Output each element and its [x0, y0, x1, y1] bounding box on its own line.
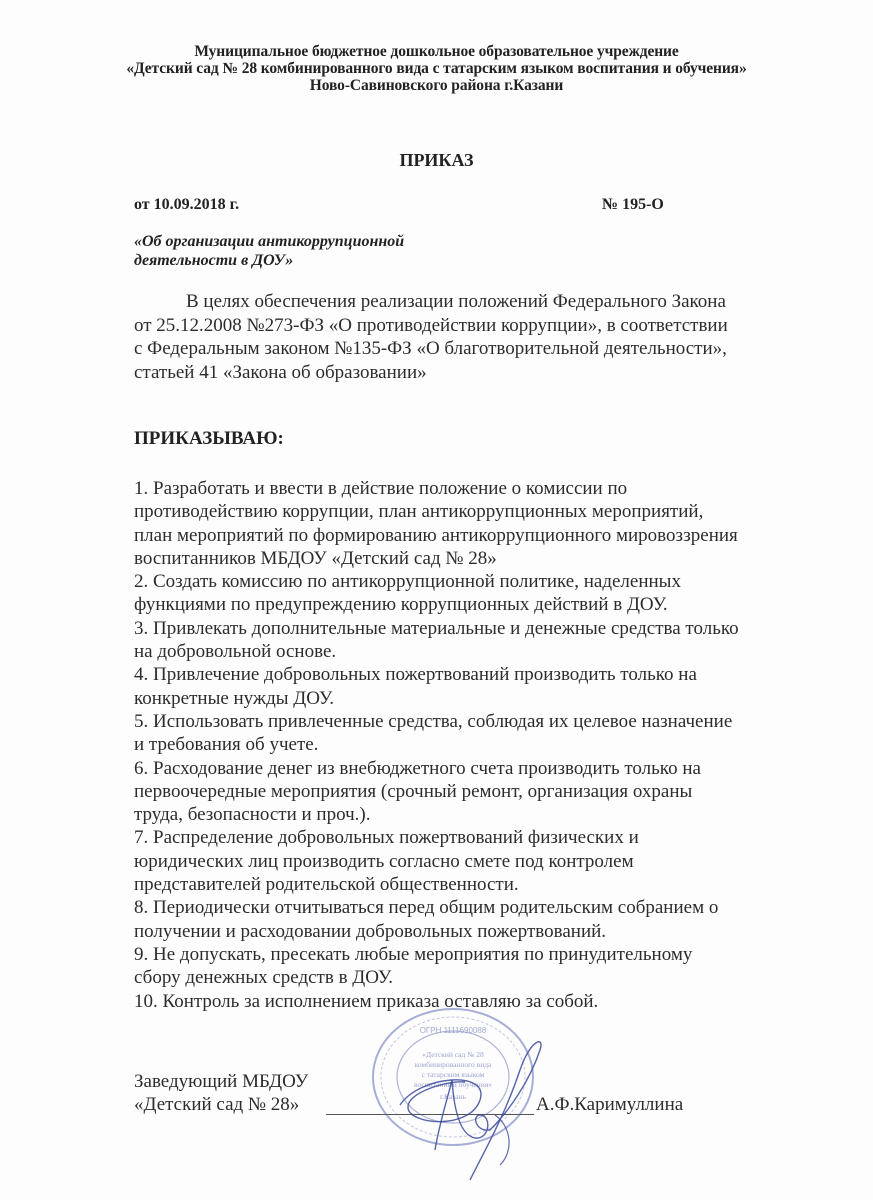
order-items: 1. Разработать и ввести в действие полож…	[134, 477, 784, 1013]
item-line: и требования об учете.	[134, 733, 784, 756]
order-number: № 195-О	[602, 196, 664, 214]
document-page: Муниципальное бюджетное дошкольное образ…	[0, 0, 873, 1200]
preamble: В целях обеспечения реализации положений…	[134, 290, 774, 384]
item-line: сбору денежных средств в ДОУ.	[134, 966, 784, 989]
item-line: юридических лиц производить согласно сме…	[134, 850, 784, 873]
item-line: первоочередные мероприятия (срочный ремо…	[134, 780, 784, 803]
item-line: 9. Не допускать, пресекать любые меропри…	[134, 943, 784, 966]
preamble-line: от 25.12.2008 №273-ФЗ «О противодействии…	[134, 314, 774, 338]
item-line: конкретные нужды ДОУ.	[134, 687, 784, 710]
position-line: Заведующий МБДОУ	[134, 1070, 308, 1093]
subject-line: деятельности в ДОУ»	[134, 251, 404, 270]
item-line: функциями по предупреждению коррупционны…	[134, 593, 784, 616]
institution-header: Муниципальное бюджетное дошкольное образ…	[0, 43, 873, 94]
item-line: получении и расходовании добровольных по…	[134, 920, 784, 943]
decree-heading: ПРИКАЗЫВАЮ:	[134, 428, 284, 450]
header-line: Муниципальное бюджетное дошкольное образ…	[0, 43, 873, 60]
item-line: 1. Разработать и ввести в действие полож…	[134, 477, 784, 500]
item-line: 3. Привлекать дополнительные материальны…	[134, 617, 784, 640]
preamble-line: В целях обеспечения реализации положений…	[134, 290, 774, 314]
item-line: труда, безопасности и проч.).	[134, 803, 784, 826]
signer-position: Заведующий МБДОУ «Детский сад № 28»	[134, 1070, 308, 1116]
order-date: от 10.09.2018 г.	[134, 196, 239, 214]
header-line: «Детский сад № 28 комбинированного вида …	[0, 60, 873, 77]
item-line: план мероприятий по формированию антикор…	[134, 524, 784, 547]
header-line: Ново-Савиновского района г.Казани	[0, 77, 873, 94]
item-line: 5. Использовать привлеченные средства, с…	[134, 710, 784, 733]
position-line: «Детский сад № 28»	[134, 1093, 308, 1116]
item-line: на добровольной основе.	[134, 640, 784, 663]
item-line: противодействию коррупции, план антикорр…	[134, 500, 784, 523]
preamble-line: статьей 41 «Закона об образовании»	[134, 361, 774, 385]
item-line: 8. Периодически отчитываться перед общим…	[134, 896, 784, 919]
document-title: ПРИКАЗ	[0, 150, 873, 171]
item-line: представителей родительской общественнос…	[134, 873, 784, 896]
signer-name: А.Ф.Каримуллина	[536, 1094, 683, 1116]
subject-line: «Об организации антикоррупционной	[134, 232, 404, 251]
handwritten-signature-icon	[380, 1020, 560, 1185]
order-subject: «Об организации антикоррупционной деятел…	[134, 232, 404, 270]
item-line: 7. Распределение добровольных пожертвова…	[134, 826, 784, 849]
preamble-line: с Федеральным законом №135-ФЗ «О благотв…	[134, 337, 774, 361]
item-line: 4. Привлечение добровольных пожертвовани…	[134, 663, 784, 686]
item-line: 6. Расходование денег из внебюджетного с…	[134, 757, 784, 780]
item-line: воспитанников МБДОУ «Детский сад № 28»	[134, 547, 784, 570]
item-line: 2. Создать комиссию по антикоррупционной…	[134, 570, 784, 593]
